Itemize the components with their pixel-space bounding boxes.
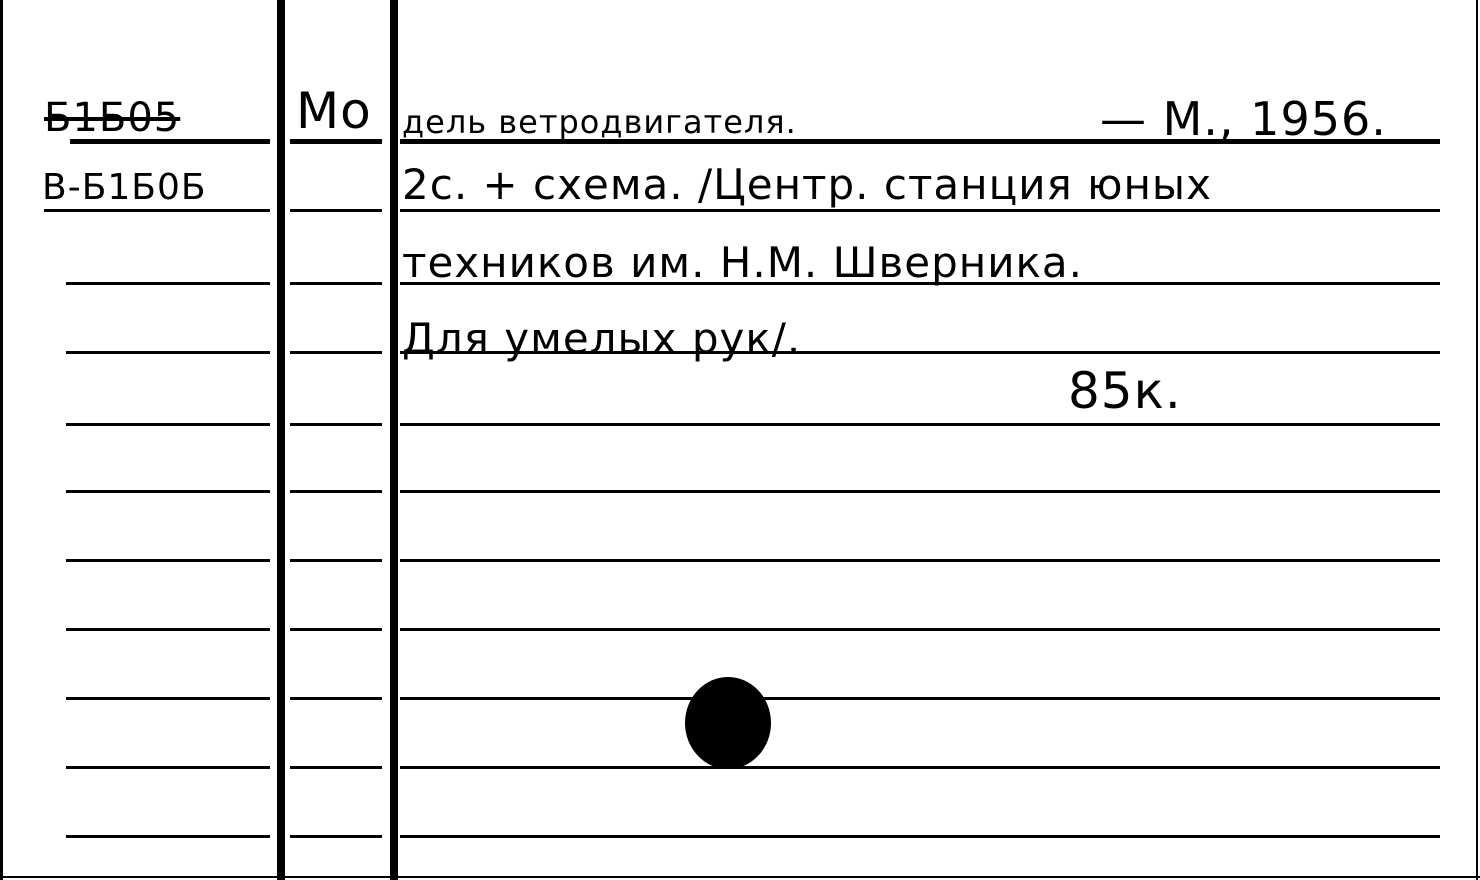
series-line-2: Для умелых рук/. [402,318,801,360]
ruled-line [290,559,382,562]
old-shelfmark: Б1Б05 [44,98,180,138]
ruled-line [290,351,382,354]
ruled-line [66,697,270,700]
ruled-line [290,490,382,493]
title-line: дель ветродвигателя. [402,106,797,138]
ruled-line [290,209,382,212]
column-divider-left [277,0,285,880]
ruled-line [400,423,1440,426]
card-bottom-edge [0,876,1480,878]
ruled-line [66,835,270,838]
card-left-edge [0,0,3,880]
ruled-line [290,835,382,838]
price: 85к. [1068,366,1182,416]
column-divider-right [390,0,398,880]
shelfmark: В-Б1Б0Б [42,170,207,206]
ruled-line [400,835,1440,838]
ruled-line [66,628,270,631]
catalog-card: Б1Б05 В-Б1Б0Б Мо дель ветродвигателя. — … [0,0,1480,880]
ruled-line [400,628,1440,631]
ruled-line [66,559,270,562]
ruled-line [66,490,270,493]
ruled-line [290,423,382,426]
ruled-line [400,697,1440,700]
ruled-line [290,697,382,700]
ruled-line [290,282,382,285]
ruled-line [44,209,270,212]
imprint: — М., 1956. [1100,96,1387,142]
collation-line: 2с. + схема. /Центр. станция юных [402,164,1212,206]
ruled-line [400,209,1440,212]
ruled-line [400,490,1440,493]
ruled-line [400,559,1440,562]
ruled-line [290,766,382,769]
series-line-1: техников им. Н.М. Шверника. [402,242,1083,284]
title-start: Мо [296,86,372,136]
ruled-line [66,423,270,426]
ruled-line [66,351,270,354]
punch-hole [685,677,771,769]
card-right-edge [1476,0,1478,880]
ruled-line [66,282,270,285]
ruled-line [66,766,270,769]
ruled-line [290,628,382,631]
ruled-line [400,766,1440,769]
